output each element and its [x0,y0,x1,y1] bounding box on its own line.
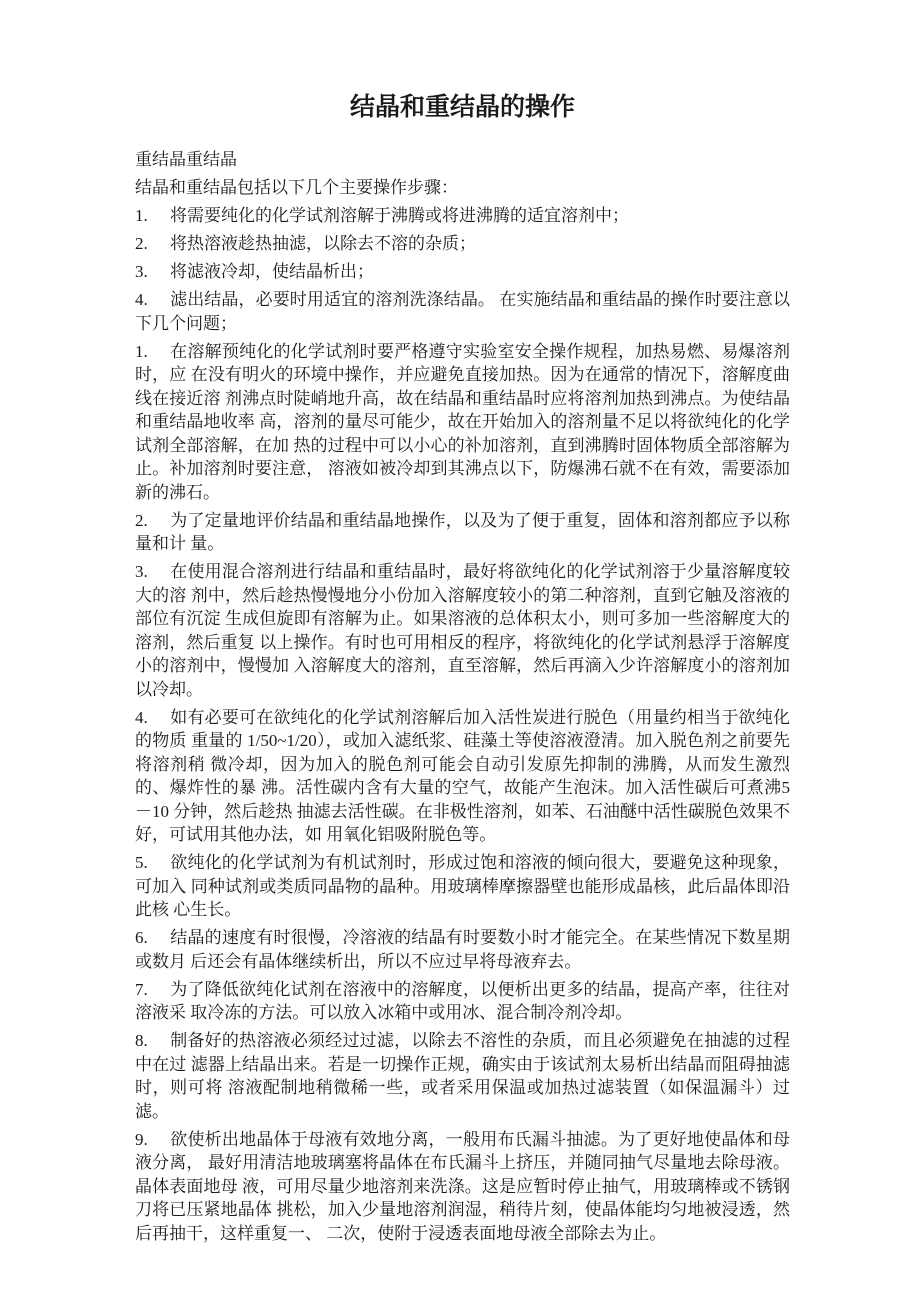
list-item-text: 在使用混合溶剂进行结晶和重结晶时，最好将欲纯化的化学试剂溶于少量溶解度较大的溶 … [135,562,790,699]
list-item: 7.为了降低欲纯化试剂在溶液中的溶解度，以便析出更多的结晶，提高产率，往往对溶液… [135,978,790,1025]
list-item-text: 欲纯化的化学试剂为有机试剂时，形成过饱和溶液的倾向很大，要避免这种现象，可加入 … [135,853,790,919]
list-item-text: 为了降低欲纯化试剂在溶液中的溶解度，以便析出更多的结晶，提高产率，往往对溶液采 … [135,980,790,1023]
list-item-number: 3. [135,560,170,584]
page-title: 结晶和重结晶的操作 [135,92,790,124]
list-item-text: 为了定量地评价结晶和重结晶地操作，以及为了便于重复，固体和溶剂都应予以称量和计 … [135,511,790,554]
list-item-text: 制备好的热溶液必须经过过滤，以除去不溶性的杂质，而且必须避免在抽滤的过程中在过 … [135,1031,790,1121]
list-item: 2.将热溶液趁热抽滤，以除去不溶的杂质； [135,232,790,256]
list-item-number: 9. [135,1128,170,1152]
list-item-number: 2. [135,509,170,533]
document-page: 结晶和重结晶的操作 重结晶重结晶 结晶和重结晶包括以下几个主要操作步骤： 1.将… [0,0,920,1302]
list-item-text: 将需要纯化的化学试剂溶解于沸腾或将进沸腾的适宜溶剂中； [170,206,629,225]
list-item: 4.如有必要可在欲纯化的化学试剂溶解后加入活性炭进行脱色（用量约相当于欲纯化的物… [135,706,790,847]
intro-paragraph: 重结晶重结晶 [135,148,790,172]
list-item-number: 4. [135,706,170,730]
list-item-text: 在溶解预纯化的化学试剂时要严格遵守实验室安全操作规程，加热易燃、易爆溶剂时，应 … [135,342,790,502]
list-item-number: 6. [135,926,170,950]
list-item-number: 8. [135,1029,170,1053]
list-item-number: 3. [135,260,170,284]
list-item-text: 滤出结晶，必要时用适宜的溶剂洗涤结晶。 在实施结晶和重结晶的操作时要注意以下几个… [135,290,790,333]
list-item: 8.制备好的热溶液必须经过过滤，以除去不溶性的杂质，而且必须避免在抽滤的过程中在… [135,1029,790,1123]
list-item: 3.在使用混合溶剂进行结晶和重结晶时，最好将欲纯化的化学试剂溶于少量溶解度较大的… [135,560,790,701]
list-item-number: 5. [135,851,170,875]
list-item-text: 将滤液冷却，使结晶析出； [170,262,374,281]
list-item-text: 如有必要可在欲纯化的化学试剂溶解后加入活性炭进行脱色（用量约相当于欲纯化的物质 … [135,708,790,845]
list-item-text: 结晶的速度有时很慢，冷溶液的结晶有时要数小时才能完全。在某些情况下数星期或数月 … [135,928,790,971]
list-item: 5.欲纯化的化学试剂为有机试剂时，形成过饱和溶液的倾向很大，要避免这种现象，可加… [135,851,790,922]
list-item-number: 2. [135,232,170,256]
list-item-number: 1. [135,340,170,364]
intro-paragraph: 结晶和重结晶包括以下几个主要操作步骤： [135,176,790,200]
list-item: 2.为了定量地评价结晶和重结晶地操作，以及为了便于重复，固体和溶剂都应予以称量和… [135,509,790,556]
list-item-number: 7. [135,978,170,1002]
list-item: 4.滤出结晶，必要时用适宜的溶剂洗涤结晶。 在实施结晶和重结晶的操作时要注意以下… [135,288,790,335]
list-item: 6.结晶的速度有时很慢，冷溶液的结晶有时要数小时才能完全。在某些情况下数星期或数… [135,926,790,973]
list-item: 1.将需要纯化的化学试剂溶解于沸腾或将进沸腾的适宜溶剂中； [135,204,790,228]
list-item-text: 将热溶液趁热抽滤，以除去不溶的杂质； [170,234,476,253]
list-item-number: 4. [135,288,170,312]
list-item: 3.将滤液冷却，使结晶析出； [135,260,790,284]
list-item-text: 欲使析出地晶体于母液有效地分离，一般用布氏漏斗抽滤。为了更好地使晶体和母液分离，… [135,1130,790,1243]
list-item-number: 1. [135,204,170,228]
list-item: 9.欲使析出地晶体于母液有效地分离，一般用布氏漏斗抽滤。为了更好地使晶体和母液分… [135,1128,790,1246]
list-item: 1.在溶解预纯化的化学试剂时要严格遵守实验室安全操作规程，加热易燃、易爆溶剂时，… [135,340,790,505]
